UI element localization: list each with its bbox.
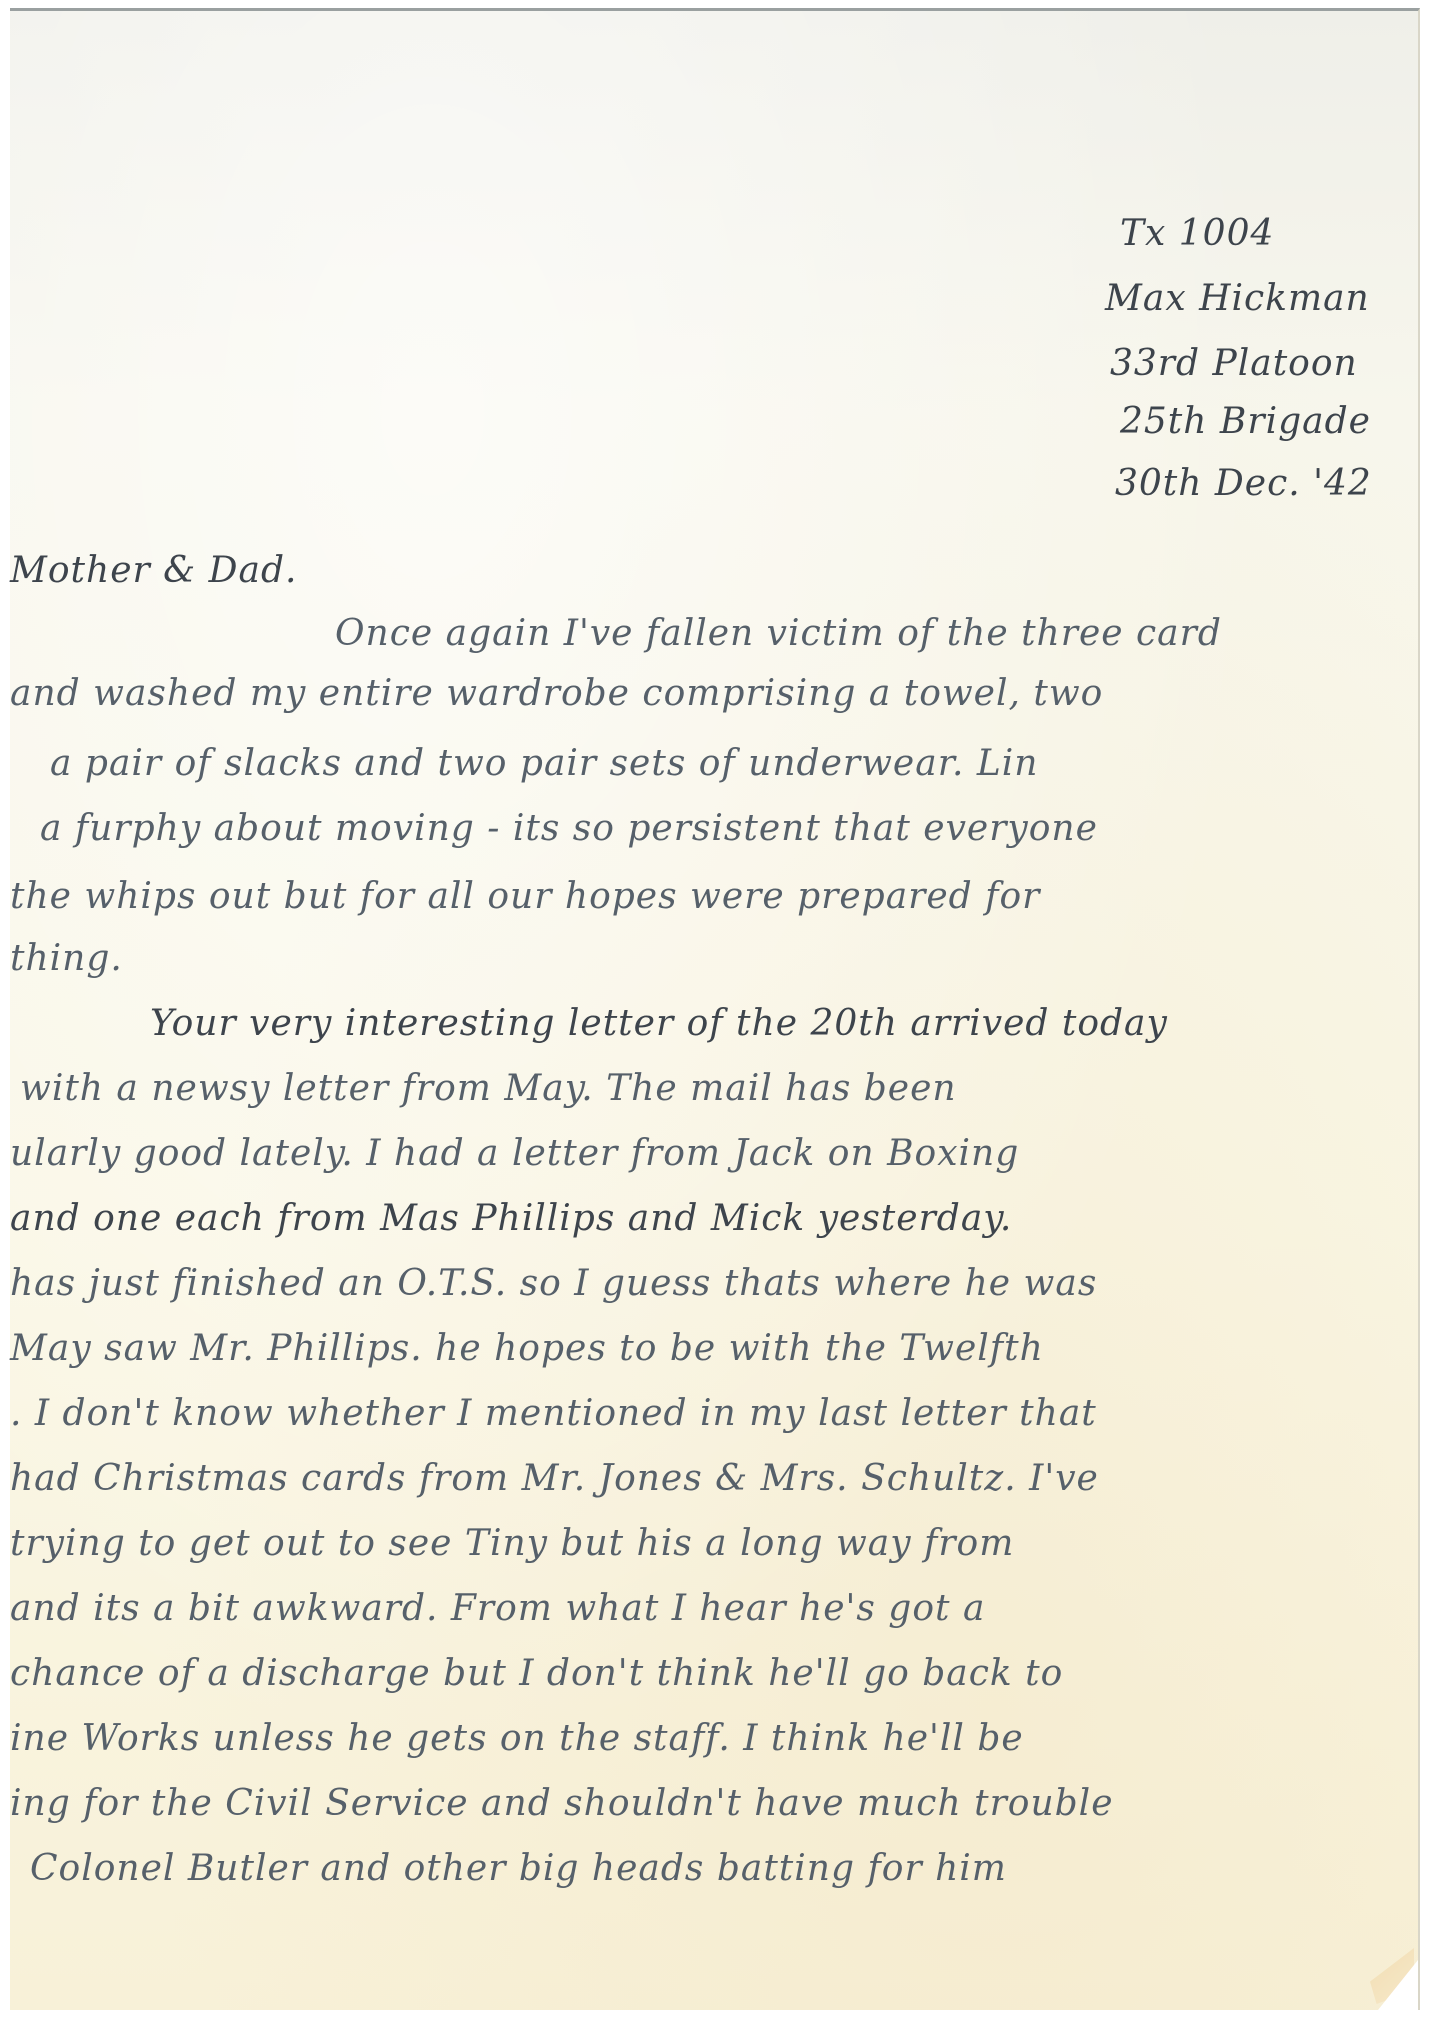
body-line: May saw Mr. Phillips. he hopes to be wit…: [10, 1331, 1044, 1367]
address-line-brigade: 25th Brigade: [1120, 404, 1371, 440]
body-line: chance of a discharge but I don't think …: [10, 1656, 1063, 1692]
body-line: with a newsy letter from May. The mail h…: [20, 1071, 957, 1107]
body-line: trying to get out to see Tiny but his a …: [10, 1526, 1014, 1562]
body-line: Colonel Butler and other big heads batti…: [30, 1851, 1007, 1887]
body-line: and one each from Mas Phillips and Mick …: [10, 1201, 1012, 1237]
body-line: had Christmas cards from Mr. Jones & Mrs…: [10, 1461, 1099, 1497]
letter-page: Tx 1004 Max Hickman 33rd Platoon 25th Br…: [10, 8, 1420, 2010]
body-line: has just finished an O.T.S. so I guess t…: [10, 1266, 1097, 1302]
address-line-service-number: Tx 1004: [1120, 216, 1274, 252]
body-line: thing.: [10, 941, 123, 977]
body-line: ularly good lately. I had a letter from …: [10, 1136, 1019, 1172]
address-line-platoon: 33rd Platoon: [1110, 346, 1358, 382]
folded-corner-shadow: [1378, 1960, 1418, 2010]
body-line: a furphy about moving - its so persisten…: [40, 811, 1098, 847]
body-line: ine Works unless he gets on the staff. I…: [10, 1721, 1024, 1757]
body-line: and washed my entire wardrobe comprising…: [10, 676, 1103, 712]
address-line-name: Max Hickman: [1105, 281, 1370, 317]
body-line: a pair of slacks and two pair sets of un…: [50, 746, 1038, 782]
body-line: . I don't know whether I mentioned in my…: [10, 1396, 1097, 1432]
body-line: Once again I've fallen victim of the thr…: [335, 616, 1222, 652]
body-line: ing for the Civil Service and shouldn't …: [10, 1786, 1114, 1822]
body-line: and its a bit awkward. From what I hear …: [10, 1591, 985, 1627]
salutation: Mother & Dad.: [10, 553, 297, 589]
body-line: the whips out but for all our hopes were…: [10, 879, 1040, 915]
body-line: Your very interesting letter of the 20th…: [150, 1006, 1168, 1042]
letter-date: 30th Dec. '42: [1115, 466, 1372, 502]
